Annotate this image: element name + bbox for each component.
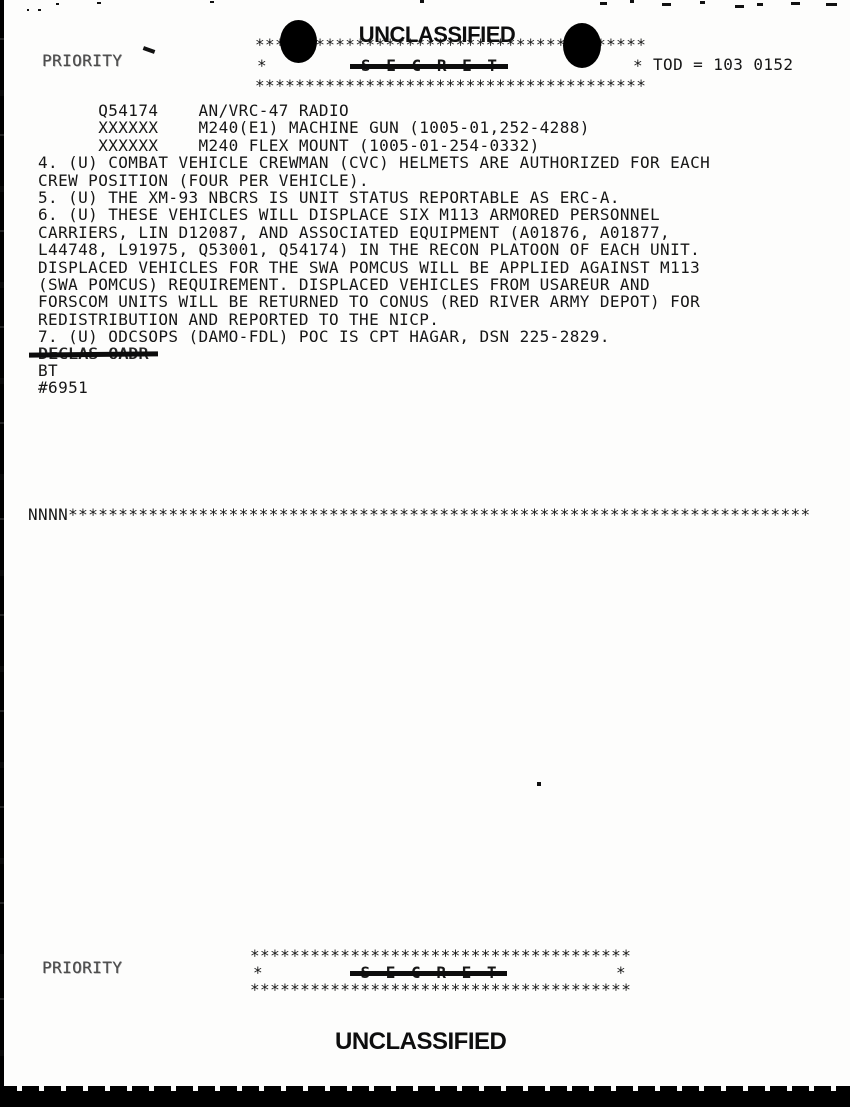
hole-punch-right <box>563 23 601 68</box>
top-banner-asterisk-row-2: *************************************** <box>255 77 646 94</box>
top-secret-wrap: S E C R E T <box>328 56 533 75</box>
scan-speck <box>420 0 424 3</box>
tod-label: TOD = 103 0152 <box>653 56 793 73</box>
scan-speck <box>56 3 59 5</box>
top-banner-left-star: * <box>257 57 267 74</box>
message-body: Q54174 AN/VRC-47 RADIO XXXXXX M240(E1) M… <box>38 102 710 346</box>
bottom-banner-asterisk-row-1: ************************************** <box>250 947 631 964</box>
scan-speck <box>735 5 744 8</box>
top-banner-right-star: * <box>633 57 643 74</box>
scan-speck <box>662 3 671 6</box>
scan-speck <box>27 9 29 11</box>
scan-speck <box>537 782 541 786</box>
hole-punch-left <box>280 20 317 63</box>
nnnn-separator: NNNN************************************… <box>28 506 811 523</box>
bt-line: BT <box>38 362 58 379</box>
declas-strikethrough-line: DECLAS OADR <box>38 345 148 362</box>
bottom-banner-left-star: * <box>253 964 263 981</box>
scan-speck <box>38 9 41 11</box>
scan-speck <box>630 0 634 3</box>
bottom-secret-strikethrough: S E C R E T <box>361 964 500 981</box>
scan-speck <box>700 1 705 4</box>
scan-speck <box>791 2 800 5</box>
top-priority-label: PRIORITY <box>42 52 122 69</box>
bottom-banner-right-star: * <box>616 964 626 981</box>
bottom-banner-asterisk-row-2: ************************************** <box>250 981 631 998</box>
top-secret-strikethrough: S E C R E T <box>361 57 500 74</box>
scan-smudge <box>143 46 156 54</box>
scan-speck <box>826 3 837 6</box>
left-edge-scan-artifact <box>0 0 4 1107</box>
message-number: #6951 <box>38 379 88 396</box>
bottom-priority-label: PRIORITY <box>42 959 122 976</box>
scan-speck <box>600 2 607 5</box>
scan-speck <box>757 3 763 6</box>
scan-speck <box>210 1 214 3</box>
bottom-edge-scan-artifact <box>0 1091 850 1107</box>
scanned-message-page: UNCLASSIFIED ***************************… <box>0 0 850 1107</box>
bottom-unclassified-label: UNCLASSIFIED <box>335 1028 505 1056</box>
scan-speck <box>97 2 101 4</box>
